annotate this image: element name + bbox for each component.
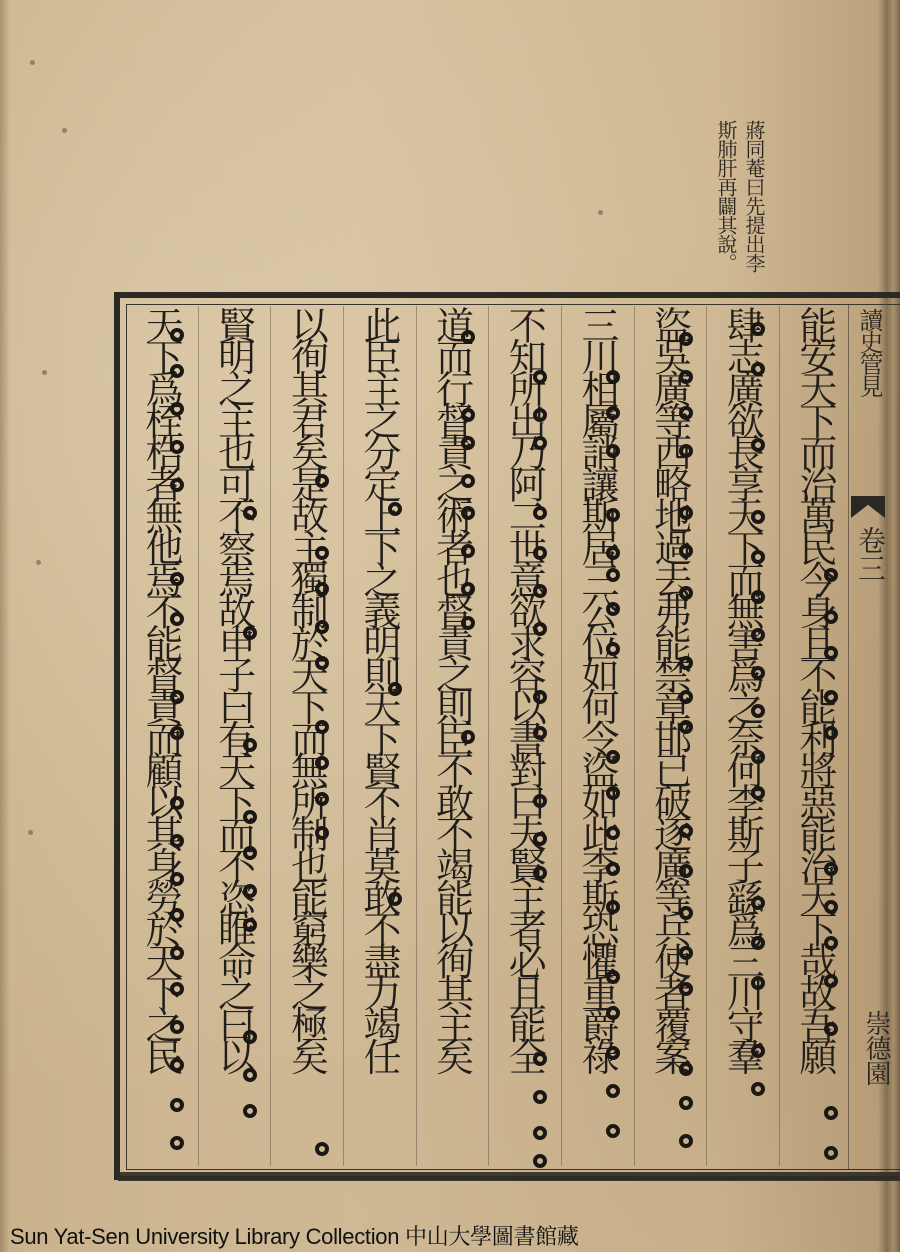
column-text: 道而行督責之術者也督責之則臣不敢不竭能以徇其主矣 <box>432 306 472 1166</box>
library-credit: Sun Yat-Sen University Library Collectio… <box>10 1222 579 1252</box>
eyebrow-annotation: 蔣同菴曰先提出李 斯肺肝再闢其說。 <box>676 120 766 295</box>
text-column: 此臣主之分定上下之義明則天下賢不肖莫敢不盡力竭任 <box>343 306 414 1166</box>
publisher-mark: 崇德園 <box>861 1010 891 1085</box>
paper-speck <box>36 560 41 565</box>
column-text: 不知所出乃阿二世意欲求容以書對曰夫賢主者必且能全 <box>504 306 544 1166</box>
paper-speck <box>62 128 67 133</box>
paper-speck <box>28 830 33 835</box>
column-text: 能安天下而治萬民今身且不能利將惡能治天下哉故吾願 <box>795 306 835 1166</box>
annotation-column: 蔣同菴曰先提出李 <box>742 120 766 295</box>
annotation-column: 斯肺肝再闢其說。 <box>714 120 738 295</box>
page-edge-shadow <box>0 0 10 1252</box>
paper-speck <box>598 210 603 215</box>
book-title: 讀史管見 <box>855 308 882 396</box>
column-text: 三川相屬誚讓斯居三公位如何令盜如此李斯恐懼重爵祿 <box>577 306 617 1166</box>
paper-speck <box>42 370 47 375</box>
column-text: 賢明之主也可不察焉故申子曰有天下而不恣睢命之曰以 <box>214 306 254 1166</box>
center-fold: 讀史管見 卷三 崇德園 <box>848 304 889 1170</box>
column-text: 以徇其君矣是故主獨制於天下而無所制也能窮樂之極矣 <box>286 306 326 1166</box>
text-column: 盜吳廣等西略地過去弗能禁章邯已破逐廣等兵使者覆案 <box>634 306 705 1166</box>
paper-speck <box>30 60 35 65</box>
text-column: 肆志廣欲長享天下而無害爲之奈何李斯子繇爲三川守羣 <box>706 306 777 1166</box>
text-column: 賢明之主也可不察焉故申子曰有天下而不恣睢命之曰以 <box>198 306 269 1166</box>
column-text: 此臣主之分定上下之義明則天下賢不肖莫敢不盡力竭任 <box>359 306 399 1166</box>
text-column: 三川相屬誚讓斯居三公位如何令盜如此李斯恐懼重爵祿 <box>561 306 632 1166</box>
column-text: 肆志廣欲長享天下而無害爲之奈何李斯子繇爲三川守羣 <box>722 306 762 1166</box>
text-column: 以徇其君矣是故主獨制於天下而無所制也能窮樂之極矣 <box>270 306 341 1166</box>
column-text: 盜吳廣等西略地過去弗能禁章邯已破逐廣等兵使者覆案 <box>650 306 690 1166</box>
volume-label: 卷三 <box>855 526 885 582</box>
text-column: 能安天下而治萬民今身且不能利將惡能治天下哉故吾願 <box>779 306 850 1166</box>
text-column: 天下爲桎梏者無他焉不能督責而顧以其身勞於天下之民 <box>126 306 196 1166</box>
fishtail-mark-icon <box>851 496 885 518</box>
text-column: 道而行督責之術者也督責之則臣不敢不竭能以徇其主矣 <box>416 306 487 1166</box>
book-page: 蔣同菴曰先提出李 斯肺肝再闢其說。 讀史管見 卷三 崇德園 能安天下而治萬民今身… <box>0 0 900 1252</box>
text-column: 不知所出乃阿二世意欲求容以書對曰夫賢主者必且能全 <box>488 306 559 1166</box>
bottom-frame-rule <box>118 1172 900 1181</box>
main-text-block: 能安天下而治萬民今身且不能利將惡能治天下哉故吾願 肆志廣欲長享天下而無害爲之奈何… <box>126 306 850 1166</box>
column-text: 天下爲桎梏者無他焉不能督責而顧以其身勞於天下之民 <box>141 306 181 1166</box>
